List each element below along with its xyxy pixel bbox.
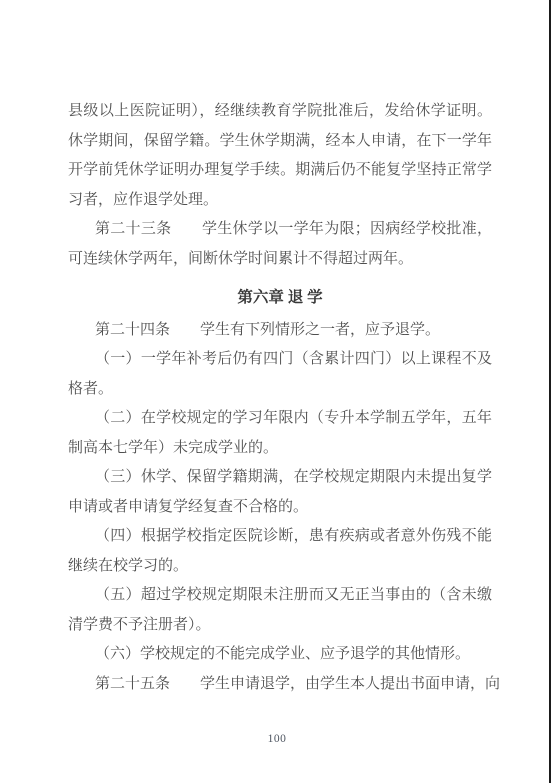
text-line: （三）休学、保留学籍期满，在学校规定期限内未提出复学 (68, 463, 492, 493)
text-line: 格者。 (68, 375, 492, 405)
text-line: （五）超过学校规定期限未注册而又无正当事由的（含未缴 (68, 581, 492, 611)
text-line: 制高本七学年）未完成学业的。 (68, 434, 492, 464)
text-line: 申请或者申请复学经复查不合格的。 (68, 493, 492, 523)
text-line: 第二十四条 学生有下列情形之一者，应予退学。 (68, 316, 492, 346)
page-number: 100 (0, 733, 554, 745)
text-line: 习者，应作退学处理。 (68, 186, 492, 216)
document-page: 县级以上医院证明），经继续教育学院批准后，发给休学证明。休学期间，保留学籍。学生… (0, 0, 554, 783)
text-line: 继续在校学习的。 (68, 552, 492, 582)
text-line: 清学费不予注册者）。 (68, 611, 492, 641)
chapter-heading: 第六章 退 学 (68, 283, 492, 313)
scan-edge-line (549, 0, 551, 783)
text-line: 第二十三条 学生休学以一学年为限；因病经学校批准， (68, 215, 492, 245)
text-line: 可连续休学两年，间断休学时间累计不得超过两年。 (68, 245, 492, 275)
text-line: （一）一学年补考后仍有四门（含累计四门）以上课程不及 (68, 345, 492, 375)
document-body: 县级以上医院证明），经继续教育学院批准后，发给休学证明。休学期间，保留学籍。学生… (68, 97, 492, 699)
text-line: 开学前凭休学证明办理复学手续。期满后仍不能复学坚持正常学 (68, 156, 492, 186)
text-line: 休学期间，保留学籍。学生休学期满，经本人申请，在下一学年 (68, 127, 492, 157)
text-line: （四）根据学校指定医院诊断，患有疾病或者意外伤残不能 (68, 522, 492, 552)
text-line: （二）在学校规定的学习年限内（专升本学制五学年，五年 (68, 404, 492, 434)
text-line: 第二十五条 学生申请退学，由学生本人提出书面申请，向 (68, 670, 492, 700)
text-line: 县级以上医院证明），经继续教育学院批准后，发给休学证明。 (68, 97, 492, 127)
text-line: （六）学校规定的不能完成学业、应予退学的其他情形。 (68, 640, 492, 670)
